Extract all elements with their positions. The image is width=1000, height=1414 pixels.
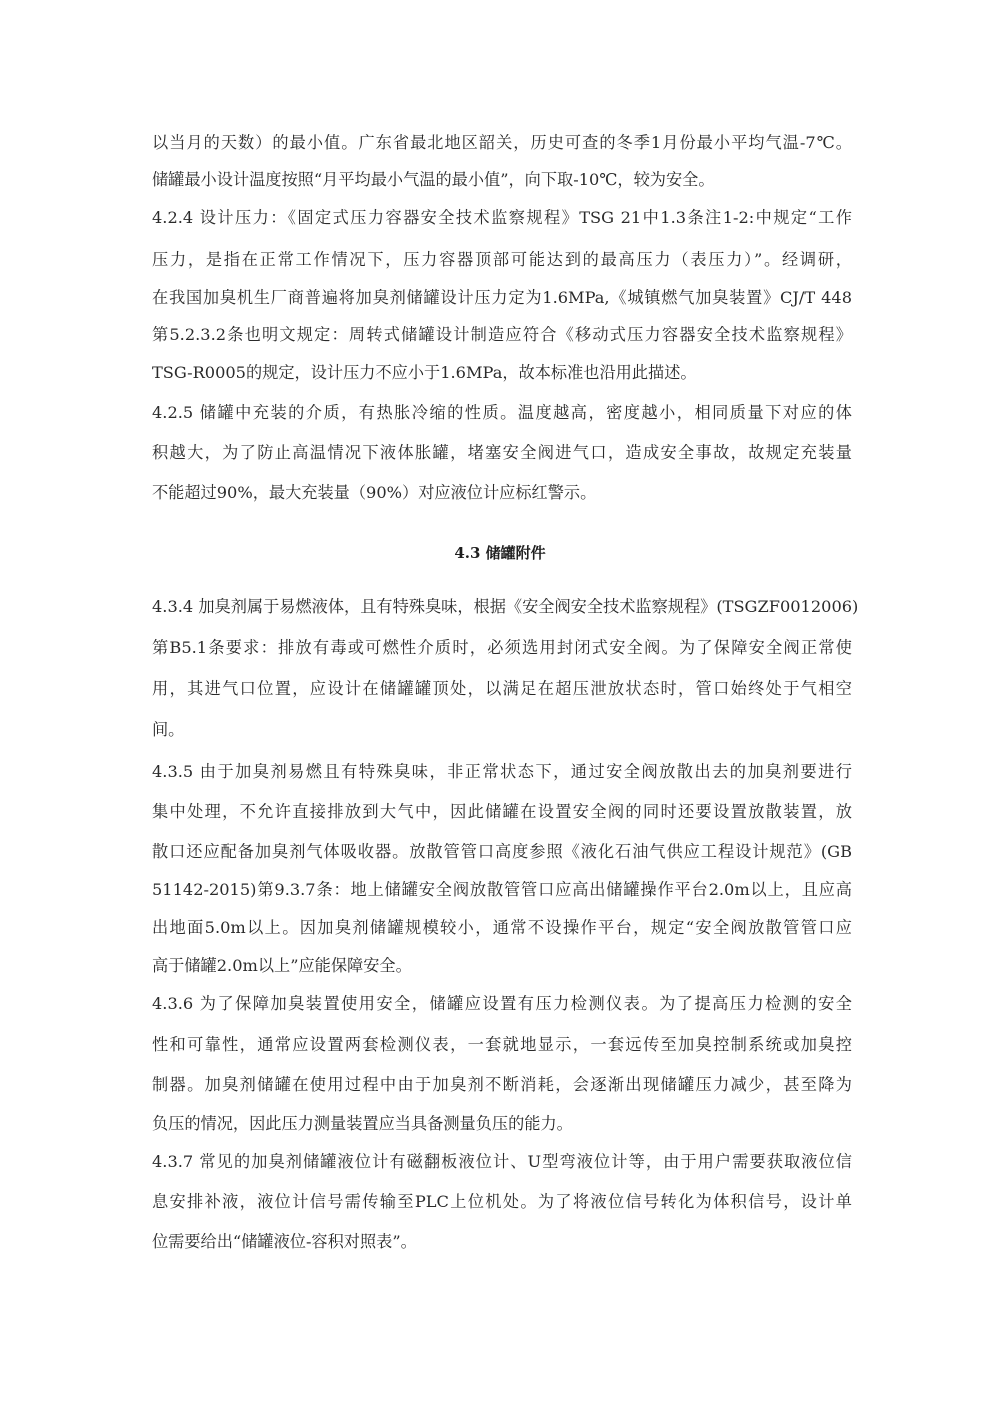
text-line: 用，其进气口位置，应设计在储罐罐顶处，以满足在超压泄放状态时，管口始终处于气相空 — [152, 678, 852, 700]
text-line: 高于储罐2.0m以上”应能保障安全。 — [152, 955, 852, 977]
text-line: 出地面5.0m以上。因加臭剂储罐规模较小，通常不设操作平台，规定“安全阀放散管管… — [152, 917, 852, 939]
text-line: 性和可靠性，通常应设置两套检测仪表，一套就地显示，一套远传至加臭控制系统或加臭控 — [152, 1034, 852, 1056]
text-line: 第5.2.3.2条也明文规定：周转式储罐设计制造应符合《移动式压力容器安全技术监… — [152, 324, 852, 346]
text-line: 压力，是指在正常工作情况下，压力容器顶部可能达到的最高压力（表压力）”。经调研， — [152, 249, 852, 271]
text-line: 4.2.5 储罐中充装的介质，有热胀冷缩的性质。温度越高，密度越小，相同质量下对… — [152, 402, 852, 424]
text-line: 在我国加臭机生厂商普遍将加臭剂储罐设计压力定为1.6MPa,《城镇燃气加臭装置》… — [152, 287, 852, 309]
text-line: 息安排补液，液位计信号需传输至PLC上位机处。为了将液位信号转化为体积信号，设计… — [152, 1191, 852, 1213]
text-line: 集中处理，不允许直接排放到大气中，因此储罐在设置安全阀的同时还要设置放散装置，放 — [152, 801, 852, 823]
text-line: TSG-R0005的规定，设计压力不应小于1.6MPa，故本标准也沿用此描述。 — [152, 362, 852, 384]
text-line: 4.3.7 常见的加臭剂储罐液位计有磁翻板液位计、U型弯液位计等，由于用户需要获… — [152, 1151, 852, 1173]
text-line: 储罐最小设计温度按照“月平均最小气温的最小值”，向下取-10℃，较为安全。 — [152, 169, 852, 191]
section-heading-4-3: 4.3 储罐附件 — [0, 542, 1000, 564]
text-line: 4.3.6 为了保障加臭装置使用安全，储罐应设置有压力检测仪表。为了提高压力检测… — [152, 993, 852, 1015]
text-line: 制器。加臭剂储罐在使用过程中由于加臭剂不断消耗，会逐渐出现储罐压力减少，甚至降为 — [152, 1074, 852, 1096]
text-line: 4.3.5 由于加臭剂易燃且有特殊臭味，非正常状态下，通过安全阀放散出去的加臭剂… — [152, 761, 852, 783]
document-page: 以当月的天数）的最小值。广东省最北地区韶关，历史可查的冬季1月份最小平均气温-7… — [0, 0, 1000, 1414]
text-line: 散口还应配备加臭剂气体吸收器。放散管管口高度参照《液化石油气供应工程设计规范》(… — [152, 841, 852, 863]
text-line: 4.3.4 加臭剂属于易燃液体，且有特殊臭味，根据《安全阀安全技术监察规程》(T… — [152, 596, 852, 618]
text-line: 负压的情况，因此压力测量装置应当具备测量负压的能力。 — [152, 1113, 852, 1135]
text-line: 4.2.4 设计压力：《固定式压力容器安全技术监察规程》TSG 21中1.3条注… — [152, 207, 852, 229]
text-line: 以当月的天数）的最小值。广东省最北地区韶关，历史可查的冬季1月份最小平均气温-7… — [152, 132, 852, 154]
text-line: 位需要给出“储罐液位-容积对照表”。 — [152, 1231, 852, 1253]
text-line: 第B5.1条要求：排放有毒或可燃性介质时，必须选用封闭式安全阀。为了保障安全阀正… — [152, 637, 852, 659]
text-line: 不能超过90%，最大充装量（90%）对应液位计应标红警示。 — [152, 482, 852, 504]
text-line: 积越大，为了防止高温情况下液体胀罐，堵塞安全阀进气口，造成安全事故，故规定充装量 — [152, 442, 852, 464]
text-line: 51142-2015)第9.3.7条：地上储罐安全阀放散管管口应高出储罐操作平台… — [152, 879, 852, 901]
text-line: 间。 — [152, 719, 852, 741]
